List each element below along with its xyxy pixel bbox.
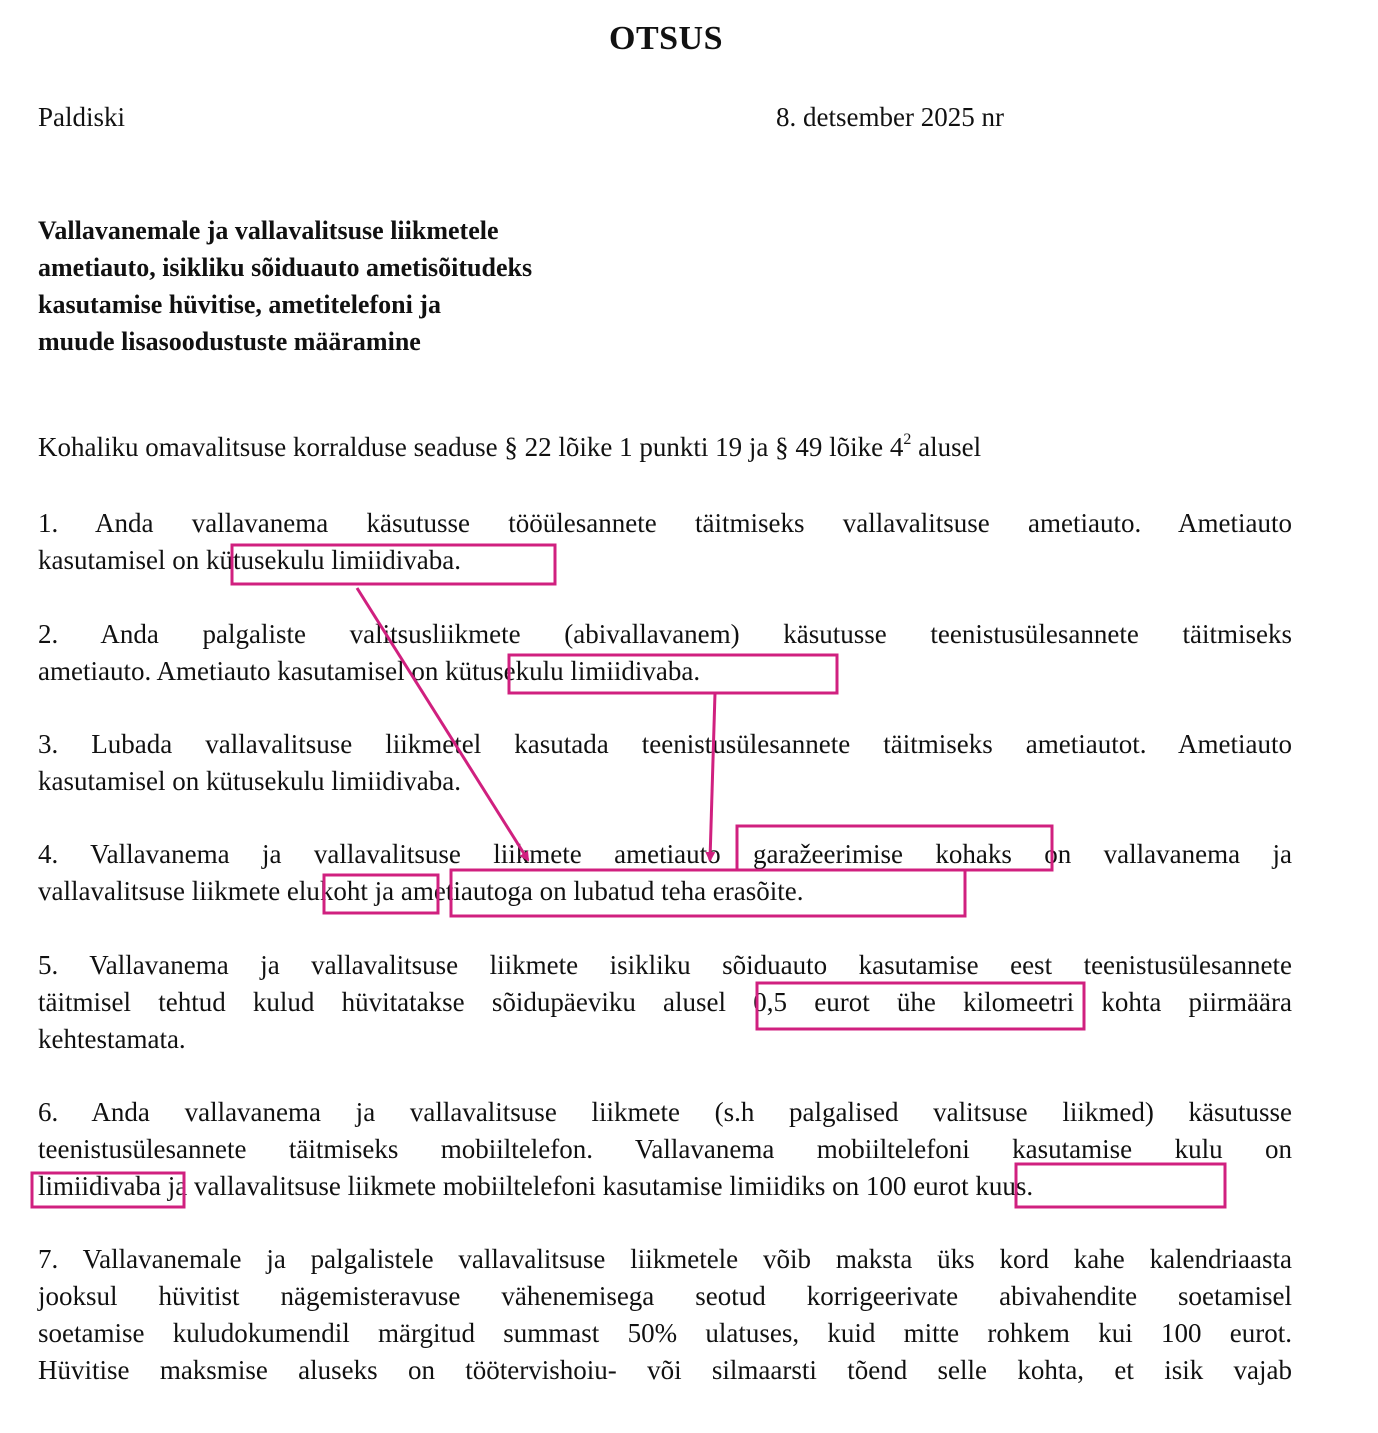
paragraph-line: 3. Lubada vallavalitsuse liikmetel kasut… [38, 726, 1292, 763]
paragraph-line: 4. Vallavanema ja vallavalitsuse liikmet… [38, 836, 1292, 873]
paragraph-line: 2. Anda palgaliste valitsusliikmete (abi… [38, 616, 1292, 653]
paragraph-line: 1. Anda vallavanema käsutusse tööülesann… [38, 505, 1292, 542]
paragraph-6: 6. Anda vallavanema ja vallavalitsuse li… [38, 1094, 1292, 1205]
subject-line: ametiauto, isikliku sõiduauto ametisõitu… [38, 249, 678, 286]
paragraph-line: kasutamisel on kütusekulu limiidivaba. [38, 763, 1292, 800]
legal-basis-suffix: alusel [911, 432, 981, 462]
paragraph-line: limiidivaba ja vallavalitsuse liikmete m… [38, 1168, 1292, 1205]
paragraph-line: kehtestamata. [38, 1021, 1292, 1058]
paragraph-line: kasutamisel on kütusekulu limiidivaba. [38, 542, 1292, 579]
subject-line: kasutamise hüvitise, ametitelefoni ja [38, 286, 678, 323]
legal-basis: Kohaliku omavalitsuse korralduse seaduse… [38, 432, 981, 463]
paragraph-3: 3. Lubada vallavalitsuse liikmetel kasut… [38, 726, 1292, 800]
paragraph-line: ametiauto. Ametiauto kasutamisel on kütu… [38, 653, 1292, 690]
paragraph-2: 2. Anda palgaliste valitsusliikmete (abi… [38, 616, 1292, 690]
document-subject: Vallavanemale ja vallavalitsuse liikmete… [38, 212, 678, 360]
paragraph-line: 5. Vallavanema ja vallavalitsuse liikmet… [38, 947, 1292, 984]
paragraph-1: 1. Anda vallavanema käsutusse tööülesann… [38, 505, 1292, 579]
document-date: 8. detsember 2025 nr [776, 102, 1004, 133]
paragraph-line: vallavalitsuse liikmete elukoht ja ameti… [38, 873, 1292, 910]
subject-line: muude lisasoodustuste määramine [38, 323, 678, 360]
paragraph-line: 7. Vallavanemale ja palgalistele vallava… [38, 1241, 1292, 1278]
document-title: OTSUS [0, 20, 1332, 58]
paragraph-line: 6. Anda vallavanema ja vallavalitsuse li… [38, 1094, 1292, 1131]
paragraph-line: teenistusülesannete täitmiseks mobiiltel… [38, 1131, 1292, 1168]
legal-basis-text: Kohaliku omavalitsuse korralduse seaduse… [38, 432, 903, 462]
paragraph-4: 4. Vallavanema ja vallavalitsuse liikmet… [38, 836, 1292, 910]
paragraph-5: 5. Vallavanema ja vallavalitsuse liikmet… [38, 947, 1292, 1058]
paragraph-line: Hüvitise maksmise aluseks on töötervisho… [38, 1352, 1292, 1389]
paragraph-line: soetamise kuludokumendil märgitud summas… [38, 1315, 1292, 1352]
paragraph-line: jooksul hüvitist nägemisteravuse vähenem… [38, 1278, 1292, 1315]
subject-line: Vallavanemale ja vallavalitsuse liikmete… [38, 212, 678, 249]
paragraph-line: täitmisel tehtud kulud hüvitatakse sõidu… [38, 984, 1292, 1021]
paragraph-7: 7. Vallavanemale ja palgalistele vallava… [38, 1241, 1292, 1389]
document-place: Paldiski [38, 102, 125, 133]
